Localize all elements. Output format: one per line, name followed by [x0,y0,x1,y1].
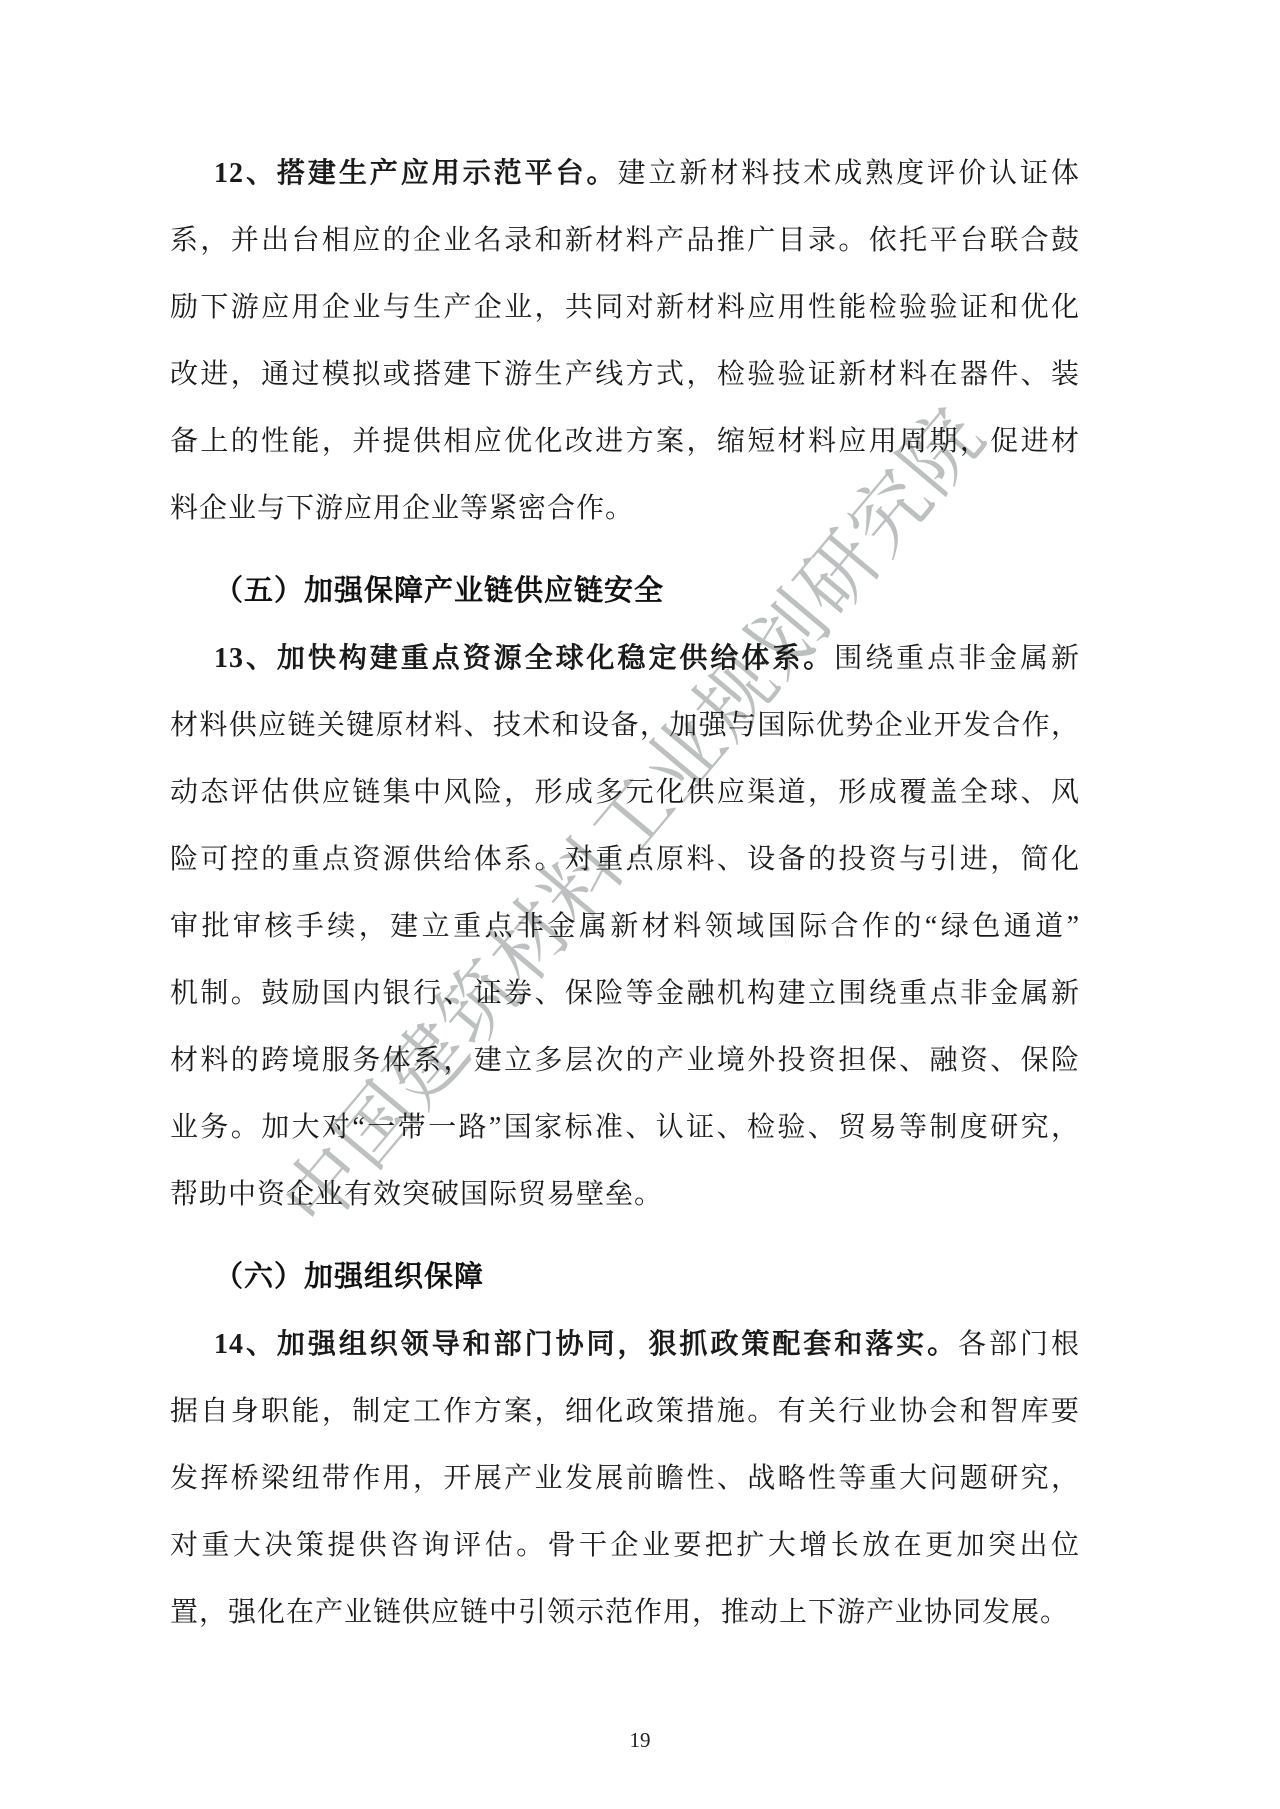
text-line: 业务。加大对“一带一路”国家标准、认证、检验、贸易等制度研究， [170,1094,1080,1161]
text-run: 业务。加大对“一带一路”国家标准、认证、检验、贸易等制度研究， [170,1112,1080,1143]
text-line: 险可控的重点资源供给体系。对重点原料、设备的投资与引进，简化 [170,826,1080,893]
text-run: 动态评估供应链集中风险，形成多元化供应渠道，形成覆盖全球、风 [170,777,1080,808]
text-run: 险可控的重点资源供给体系。对重点原料、设备的投资与引进，简化 [170,844,1080,875]
text-line: 12、搭建生产应用示范平台。建立新材料技术成熟度评价认证体 [170,140,1080,207]
text-run: 材料的跨境服务体系，建立多层次的产业境外投资担保、融资、保险 [170,1045,1080,1076]
text-run: 对重大决策提供咨询评估。骨干企业要把扩大增长放在更加突出位 [170,1530,1080,1561]
text-line: 审批审核手续，建立重点非金属新材料领域国际合作的“绿色通道” [170,893,1080,960]
text-run: 改进，通过模拟或搭建下游生产线方式，检验验证新材料在器件、装 [170,359,1080,390]
text-run: 审批审核手续，建立重点非金属新材料领域国际合作的“绿色通道” [170,911,1080,942]
paragraph: 12、搭建生产应用示范平台。建立新材料技术成熟度评价认证体系，并出台相应的企业名… [170,140,1080,542]
text-run: 据自身职能，制定工作方案，细化政策措施。有关行业协会和智库要 [170,1396,1080,1427]
document-page: 中国建筑材料工业规划研究院 12、搭建生产应用示范平台。建立新材料技术成熟度评价… [0,0,1280,1809]
section-heading: （五）加强保障产业链供应链安全 [170,558,1080,625]
text-line: 备上的性能，并提供相应优化改进方案，缩短材料应用周期，促进材 [170,408,1080,475]
text-run: 建立新材料技术成熟度评价认证体 [618,158,1080,189]
bold-run: 14、加强组织领导和部门协同，狠抓政策配套和落实。 [214,1329,958,1360]
text-line: 发挥桥梁纽带作用，开展产业发展前瞻性、战略性等重大问题研究， [170,1445,1080,1512]
bold-run: 12、搭建生产应用示范平台。 [214,158,618,189]
text-run: 励下游应用企业与生产企业，共同对新材料应用性能检验验证和优化 [170,292,1080,323]
text-line: 料企业与下游应用企业等紧密合作。 [170,475,1080,542]
text-line: 材料的跨境服务体系，建立多层次的产业境外投资担保、融资、保险 [170,1027,1080,1094]
bold-run: 13、加快构建重点资源全球化稳定供给体系。 [214,643,834,674]
text-run: 料企业与下游应用企业等紧密合作。 [170,493,634,524]
section-heading: （六）加强组织保障 [170,1244,1080,1311]
text-line: 系，并出台相应的企业名录和新材料产品推广目录。依托平台联合鼓 [170,207,1080,274]
text-run: 帮助中资企业有效突破国际贸易壁垒。 [170,1179,663,1210]
text-line: 励下游应用企业与生产企业，共同对新材料应用性能检验验证和优化 [170,274,1080,341]
text-line: 对重大决策提供咨询评估。骨干企业要把扩大增长放在更加突出位 [170,1512,1080,1579]
text-line: 14、加强组织领导和部门协同，狠抓政策配套和落实。各部门根 [170,1311,1080,1378]
text-line: 改进，通过模拟或搭建下游生产线方式，检验验证新材料在器件、装 [170,341,1080,408]
text-run: 机制。鼓励国内银行、证券、保险等金融机构建立围绕重点非金属新 [170,978,1080,1009]
text-run: 系，并出台相应的企业名录和新材料产品推广目录。依托平台联合鼓 [170,225,1080,256]
paragraph: 13、加快构建重点资源全球化稳定供给体系。围绕重点非金属新材料供应链关键原材料、… [170,625,1080,1228]
text-run: 材料供应链关键原材料、技术和设备，加强与国际优势企业开发合作， [170,710,1080,741]
text-line: 置，强化在产业链供应链中引领示范作用，推动上下游产业协同发展。 [170,1579,1080,1646]
document-body: 12、搭建生产应用示范平台。建立新材料技术成熟度评价认证体系，并出台相应的企业名… [170,140,1080,1646]
text-line: 13、加快构建重点资源全球化稳定供给体系。围绕重点非金属新 [170,625,1080,692]
text-line: 机制。鼓励国内银行、证券、保险等金融机构建立围绕重点非金属新 [170,960,1080,1027]
page-number: 19 [0,1728,1280,1753]
text-run: 备上的性能，并提供相应优化改进方案，缩短材料应用周期，促进材 [170,426,1080,457]
text-line: 据自身职能，制定工作方案，细化政策措施。有关行业协会和智库要 [170,1378,1080,1445]
text-run: 置，强化在产业链供应链中引领示范作用，推动上下游产业协同发展。 [170,1597,1069,1628]
text-line: 帮助中资企业有效突破国际贸易壁垒。 [170,1161,1080,1228]
text-run: 围绕重点非金属新 [834,643,1080,674]
text-run: 各部门根 [958,1329,1080,1360]
paragraph: 14、加强组织领导和部门协同，狠抓政策配套和落实。各部门根据自身职能，制定工作方… [170,1311,1080,1646]
text-line: 材料供应链关键原材料、技术和设备，加强与国际优势企业开发合作， [170,692,1080,759]
text-run: 发挥桥梁纽带作用，开展产业发展前瞻性、战略性等重大问题研究， [170,1463,1080,1494]
text-line: 动态评估供应链集中风险，形成多元化供应渠道，形成覆盖全球、风 [170,759,1080,826]
